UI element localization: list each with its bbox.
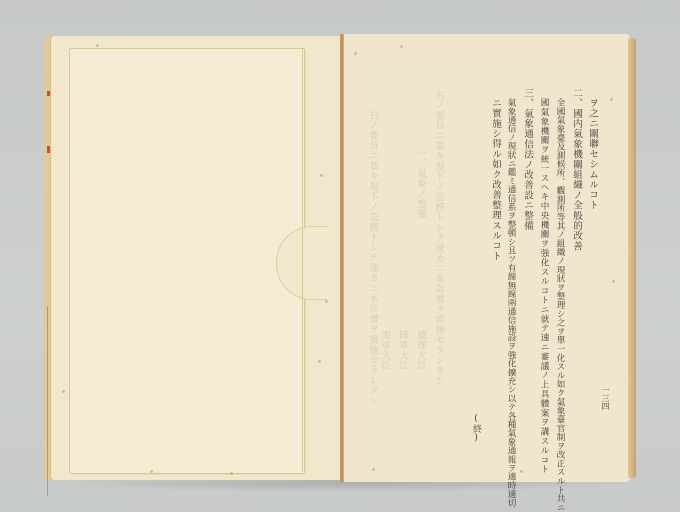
left-page-edge	[47, 36, 51, 480]
bleed-through-text: 一、氣象ノ整備	[414, 148, 426, 219]
plate-edge	[302, 48, 303, 472]
end-mark: (終)	[470, 414, 483, 443]
bleed-through-text: 海軍大臣	[378, 330, 390, 371]
text-column: ヲ之ニ關聯セシムルコト	[586, 98, 598, 210]
foxing-spot	[612, 280, 615, 283]
bleed-through-text: 右ノ要旨ニ基キ現下ノ急務トシテ速カニ本計畫ヲ實施セラレタシ	[432, 90, 444, 386]
foxing-spot	[325, 300, 328, 303]
foxing-spot	[520, 470, 523, 473]
foxing-spot	[354, 52, 357, 55]
text-column: 國氣象機關ヲ統一スヘキ中央機關ヲ強化スルコトニ就テ速ニ審議ノ上具體案ヲ講スルコト	[538, 98, 550, 474]
red-edge-mark	[47, 306, 48, 496]
foxing-spot	[96, 44, 99, 47]
foxing-spot	[318, 360, 321, 363]
section-heading: 三、氣象通信法ノ改善設ニ整備	[521, 88, 533, 231]
foxing-spot	[150, 470, 153, 473]
book-scan-scene: 右ノ要旨ニ基キ現下ノ急務トシテ速カニ本計畫ヲ實施セラレタシ 一、氣象ノ整備 右ノ…	[0, 0, 680, 512]
red-edge-mark	[47, 91, 50, 96]
text-column: 氣象通信ノ現狀ニ鑑ミ通信系ヲ整頓シ且ツ有線無線兩通信施設ヲ強化擴充シ以テ各種氣象…	[505, 98, 517, 507]
bleed-through-text: 陸軍大臣	[396, 330, 408, 371]
photo-plate-frame	[69, 48, 305, 474]
foxing-spot	[372, 468, 375, 471]
text-column: ニ實施シ得ル如ク改善整理スルコト	[489, 98, 501, 261]
foxing-spot	[320, 174, 323, 177]
right-page-edge	[628, 38, 636, 478]
foxing-spot	[610, 98, 613, 101]
text-column: 全國氣象臺及測候所、觀測所等其ノ組織ノ現狀ヲ整理シ之ヲ單一化スル如ク氣象臺官制ヲ…	[554, 98, 566, 512]
bleed-through-text: 總理大臣	[414, 330, 426, 371]
foxing-spot	[400, 45, 403, 48]
foxing-spot	[230, 472, 233, 475]
bleed-through-text: 右ノ要旨ニ基キ現下ノ急務トシテ速カニ本計畫ヲ實施セラレタシ	[366, 110, 378, 406]
page-number: 一三四	[600, 386, 611, 410]
foxing-spot	[62, 390, 65, 393]
red-edge-mark	[47, 146, 50, 153]
section-heading: 二、國内氣象機關組織ノ全般的改善	[570, 88, 582, 251]
